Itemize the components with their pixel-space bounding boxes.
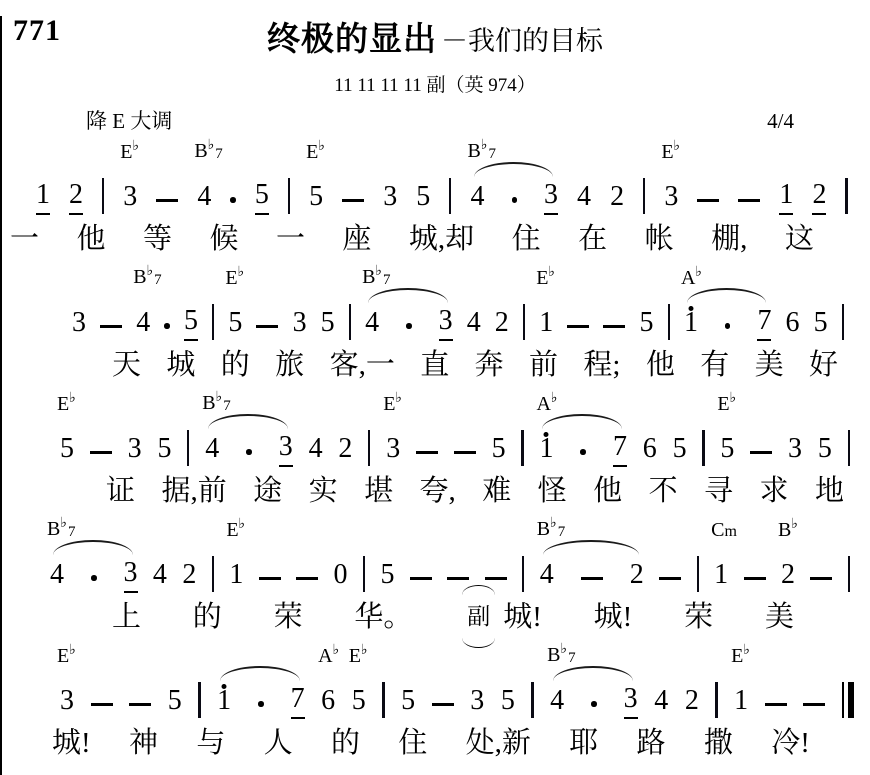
duration-dash bbox=[567, 325, 589, 328]
lyric-text: 候 bbox=[209, 223, 238, 255]
note-digit: 6 bbox=[786, 309, 800, 341]
lyric-text: 求 bbox=[759, 475, 788, 507]
lyric-text: 住 bbox=[398, 727, 427, 759]
note: 4B♭7 bbox=[205, 425, 219, 467]
note: 4B♭7 bbox=[550, 677, 564, 719]
slur-arc bbox=[53, 540, 133, 555]
barline bbox=[368, 430, 370, 466]
lyric-word: 程; bbox=[583, 341, 620, 389]
barline bbox=[187, 430, 189, 466]
lyric-text: 耶 bbox=[569, 727, 598, 759]
note-digit: 2 bbox=[338, 435, 352, 467]
slur-group: 4B♭73 bbox=[471, 173, 559, 215]
header: 771 终极的显出－我们的目标 11 11 11 11 副（英 974） 降 E… bbox=[0, 0, 870, 139]
lyric-text: 冷! bbox=[771, 727, 810, 759]
lyric-text: 住 bbox=[512, 223, 541, 255]
note: 4 bbox=[467, 299, 481, 341]
barline bbox=[102, 178, 104, 214]
duration-dash bbox=[485, 577, 507, 580]
note-digit: 5 bbox=[60, 435, 74, 467]
music-line: 4B♭73421E♭054B♭721Cm2B♭ bbox=[0, 517, 870, 593]
note-digit: 3 bbox=[470, 687, 484, 719]
lyric-text: 前 bbox=[529, 349, 558, 381]
note-digit: 5 bbox=[640, 309, 654, 341]
lyrics-line: 天城的旅客,一直奔前程;他有美好 bbox=[0, 341, 870, 391]
note: 3 bbox=[72, 299, 86, 341]
note: 3 bbox=[128, 425, 142, 467]
note: 5 bbox=[255, 173, 269, 215]
lyric-word: 荣 bbox=[274, 593, 303, 641]
duration-dash bbox=[697, 199, 719, 202]
chord-label: E♭ bbox=[306, 140, 325, 162]
note: 5 bbox=[157, 425, 171, 467]
lyric-word: 在 bbox=[578, 215, 607, 263]
note: 5 bbox=[818, 425, 832, 467]
duration-dash bbox=[581, 577, 603, 580]
note-digit: 4 bbox=[577, 183, 591, 215]
lyric-text: 证 bbox=[106, 475, 135, 507]
note: 5 bbox=[168, 677, 182, 719]
note: 4B♭7 bbox=[540, 551, 554, 593]
note-digit: 4 bbox=[153, 561, 167, 593]
note: 2 bbox=[630, 551, 644, 593]
note: 2 bbox=[812, 173, 826, 215]
system: 123E♭4B♭755E♭354B♭73423E♭12一他等候一座城,却住在帐棚… bbox=[0, 139, 870, 265]
lyric-word: 荣 bbox=[684, 593, 713, 641]
lyric-word: 堪 bbox=[364, 467, 393, 515]
note-digit: 1 bbox=[217, 687, 231, 719]
slur-arc bbox=[553, 666, 633, 681]
barline bbox=[212, 304, 214, 340]
lyric-word: 美 bbox=[755, 341, 784, 389]
lyric-text: 座 bbox=[342, 223, 371, 255]
slur-arc bbox=[208, 414, 288, 429]
note: 4B♭7 bbox=[365, 299, 379, 341]
system: 4B♭73421E♭054B♭721Cm2B♭上的荣华。副城!城!荣美 bbox=[0, 517, 870, 643]
note: 5E♭ bbox=[352, 677, 366, 719]
note-digit: 4 bbox=[471, 183, 485, 215]
note-digit: 0 bbox=[334, 561, 348, 593]
duration-dash bbox=[454, 451, 476, 454]
note-digit: 1 bbox=[229, 561, 243, 593]
lyric-word: 天 bbox=[112, 341, 141, 389]
lyric-word: 难 bbox=[482, 467, 511, 515]
lyric-word: 座 bbox=[342, 215, 371, 263]
note: 1Cm bbox=[714, 551, 728, 593]
lyric-word: 城 bbox=[166, 341, 195, 389]
note-digit: 5 bbox=[492, 435, 506, 467]
note: 5 bbox=[814, 299, 828, 341]
lyric-word: 地 bbox=[815, 467, 844, 515]
note-digit: 3 bbox=[60, 687, 74, 719]
duration-dash bbox=[259, 577, 281, 580]
lyric-word: 美 bbox=[765, 593, 794, 641]
slur-arc bbox=[543, 540, 639, 555]
note-digit: 5 bbox=[673, 435, 687, 467]
lyric-word: 城,却 bbox=[409, 215, 474, 263]
slur-group: 4B♭73 bbox=[50, 551, 138, 593]
slur-group: 4B♭72 bbox=[540, 551, 644, 593]
lyric-word: 神 bbox=[129, 719, 158, 767]
lyric-text: 程; bbox=[583, 349, 620, 381]
lyric-text: 在 bbox=[578, 223, 607, 255]
lyric-text: 据,前 bbox=[161, 475, 226, 507]
chord-label: Cm bbox=[711, 520, 737, 540]
chord-label: E♭ bbox=[225, 266, 244, 288]
note-digit: 7 bbox=[291, 685, 305, 719]
duration-dash bbox=[738, 199, 760, 202]
note: 3 bbox=[439, 299, 453, 341]
note: 0 bbox=[334, 551, 348, 593]
barline bbox=[702, 430, 704, 466]
slur-arc bbox=[542, 414, 622, 429]
lyric-text: 地 bbox=[815, 475, 844, 507]
note-digit: 3 bbox=[544, 181, 558, 215]
systems: 123E♭4B♭755E♭354B♭73423E♭12一他等候一座城,却住在帐棚… bbox=[0, 139, 870, 769]
note-digit: 5 bbox=[228, 309, 242, 341]
lyric-text: 途 bbox=[253, 475, 282, 507]
lyric-word: 奔 bbox=[475, 341, 504, 389]
note-digit: 2 bbox=[630, 561, 644, 593]
key-signature: 降 E 大调 bbox=[86, 105, 172, 135]
duration-dash bbox=[432, 703, 454, 706]
note-digit: 3 bbox=[386, 435, 400, 467]
chord-label: A♭ bbox=[536, 392, 557, 414]
lyric-word: 据,前 bbox=[161, 467, 226, 515]
lyric-word: 冷! bbox=[771, 719, 810, 767]
lyric-text: 撒 bbox=[704, 727, 733, 759]
lyric-word: 前 bbox=[529, 341, 558, 389]
note: 4B♭7 bbox=[471, 173, 485, 215]
chord-label: B♭ bbox=[778, 518, 798, 540]
lyric-text: 寻 bbox=[704, 475, 733, 507]
duration-dash bbox=[810, 577, 832, 580]
refrain-mark: 副 bbox=[464, 593, 493, 641]
note-digit: 4 bbox=[654, 687, 668, 719]
note: 1 bbox=[217, 677, 231, 719]
note-digit: 5 bbox=[255, 181, 269, 215]
note: 2 bbox=[495, 299, 509, 341]
barline bbox=[668, 304, 670, 340]
lyric-text: 客,一 bbox=[330, 349, 395, 381]
lyric-text: 荣 bbox=[274, 601, 303, 633]
lyric-text: 美 bbox=[765, 601, 794, 633]
barline bbox=[845, 178, 847, 214]
duration-dash bbox=[447, 577, 469, 580]
barline bbox=[521, 430, 523, 466]
lyric-text: 上 bbox=[112, 601, 141, 633]
note-digit: 4 bbox=[540, 561, 554, 593]
note: 5E♭ bbox=[309, 173, 323, 215]
barline bbox=[212, 556, 214, 592]
lyrics-line: 城!神与人的住处,新耶路撒冷! bbox=[0, 719, 870, 769]
note-digit: 5 bbox=[501, 687, 515, 719]
augmentation-dot bbox=[230, 197, 236, 203]
barline bbox=[697, 556, 699, 592]
chord-label: B♭7 bbox=[537, 517, 565, 540]
lyric-text: 城,却 bbox=[409, 223, 474, 255]
note-digit: 3 bbox=[383, 183, 397, 215]
chord-label: E♭ bbox=[226, 518, 245, 540]
barline bbox=[349, 304, 351, 340]
lyric-word: 与 bbox=[196, 719, 225, 767]
augmentation-dot bbox=[258, 701, 264, 707]
music-line: 5E♭354B♭73423E♭51A♭7655E♭35 bbox=[0, 391, 870, 467]
lyric-text: 等 bbox=[143, 223, 172, 255]
note-digit: 7 bbox=[757, 307, 771, 341]
note-digit: 5 bbox=[321, 309, 335, 341]
system: 5E♭354B♭73423E♭51A♭7655E♭35证据,前途实堪夸,难怪他不… bbox=[0, 391, 870, 517]
lyric-word: 处,新 bbox=[466, 719, 531, 767]
slur-group: 4B♭73 bbox=[550, 677, 638, 719]
note: 3E♭ bbox=[664, 173, 678, 215]
slur-group: 17 bbox=[217, 677, 305, 719]
lyric-text: 处,新 bbox=[466, 727, 531, 759]
lyric-text: 有 bbox=[700, 349, 729, 381]
chord-label: B♭7 bbox=[202, 391, 230, 414]
lyric-text: 这 bbox=[785, 223, 814, 255]
note: 3E♭ bbox=[386, 425, 400, 467]
barline bbox=[848, 430, 850, 466]
hymn-number: 771 bbox=[13, 14, 61, 48]
chord-label: B♭7 bbox=[47, 517, 75, 540]
chord-label: E♭ bbox=[717, 392, 736, 414]
note: 3 bbox=[279, 425, 293, 467]
barline bbox=[363, 556, 365, 592]
high-octave-dot bbox=[544, 432, 549, 437]
note: 3 bbox=[470, 677, 484, 719]
note: 5 bbox=[492, 425, 506, 467]
lyric-text: 的 bbox=[221, 349, 250, 381]
slur-arc bbox=[220, 666, 300, 681]
barline bbox=[198, 682, 200, 718]
note: 5 bbox=[401, 677, 415, 719]
note: 6A♭ bbox=[321, 677, 335, 719]
lyric-word: 他 bbox=[593, 467, 622, 515]
lyric-text: 的 bbox=[331, 727, 360, 759]
note-digit: 2 bbox=[781, 561, 795, 593]
note: 7 bbox=[291, 677, 305, 719]
chord-label: B♭7 bbox=[133, 265, 161, 288]
note-digit: 2 bbox=[69, 181, 83, 215]
lyric-text: 城! bbox=[52, 727, 91, 759]
lyric-word: 候 bbox=[209, 215, 238, 263]
note: 2 bbox=[338, 425, 352, 467]
duration-dash bbox=[750, 451, 772, 454]
lyric-word: 好 bbox=[809, 341, 838, 389]
lyric-word: 一 bbox=[276, 215, 305, 263]
note-digit: 1 bbox=[539, 309, 553, 341]
lyric-word: 怪 bbox=[538, 467, 567, 515]
verse-number: 一 bbox=[10, 215, 39, 263]
final-barline bbox=[842, 682, 854, 718]
duration-dash bbox=[410, 577, 432, 580]
time-signature: 4/4 bbox=[767, 109, 794, 134]
lyric-text: 与 bbox=[196, 727, 225, 759]
note-digit: 4 bbox=[205, 435, 219, 467]
note: 5 bbox=[184, 299, 198, 341]
note: 5E♭ bbox=[228, 299, 242, 341]
note: 3 bbox=[788, 425, 802, 467]
note-digit: 2 bbox=[812, 181, 826, 215]
note-digit: 4 bbox=[467, 309, 481, 341]
lyric-word: 上 bbox=[112, 593, 141, 641]
music-line: 3E♭5176A♭5E♭5354B♭73421E♭ bbox=[0, 643, 870, 719]
barline bbox=[848, 556, 850, 592]
high-octave-dot bbox=[222, 684, 227, 689]
lyric-word: 寻 bbox=[704, 467, 733, 515]
duration-dash bbox=[342, 199, 364, 202]
system: 34B♭755E♭354B♭73421E♭51A♭765天城的旅客,一直奔前程;… bbox=[0, 265, 870, 391]
note-digit: 1 bbox=[734, 687, 748, 719]
lyric-text: 的 bbox=[193, 601, 222, 633]
lyric-word: 不 bbox=[649, 467, 678, 515]
chord-label: E♭ bbox=[120, 140, 139, 162]
note-digit: 1 bbox=[714, 561, 728, 593]
note: 4 bbox=[309, 425, 323, 467]
note: 7 bbox=[757, 299, 771, 341]
lyric-word: 直 bbox=[420, 341, 449, 389]
lyric-word: 副城! bbox=[464, 593, 542, 641]
chord-label: B♭7 bbox=[547, 643, 575, 666]
key-row: 降 E 大调 4/4 bbox=[0, 97, 870, 139]
lyric-text: 奔 bbox=[475, 349, 504, 381]
lyric-word: 有 bbox=[700, 341, 729, 389]
note: 5 bbox=[673, 425, 687, 467]
augmentation-dot bbox=[164, 323, 170, 329]
lyric-text: 实 bbox=[309, 475, 338, 507]
lyric-text: 帐 bbox=[645, 223, 674, 255]
duration-dash bbox=[256, 325, 278, 328]
lyric-text: 城! bbox=[503, 601, 542, 633]
note-digit: 3 bbox=[439, 307, 453, 341]
note-digit: 5 bbox=[814, 309, 828, 341]
lyric-text: 棚, bbox=[711, 223, 747, 255]
lyric-word: 夸, bbox=[420, 467, 456, 515]
lyrics-line: 上的荣华。副城!城!荣美 bbox=[0, 593, 870, 643]
augmentation-dot bbox=[512, 197, 518, 203]
note: 2B♭ bbox=[781, 551, 795, 593]
note-digit: 5 bbox=[157, 435, 171, 467]
barline bbox=[522, 556, 524, 592]
lyric-text: 好 bbox=[809, 349, 838, 381]
lyric-word: 人 bbox=[264, 719, 293, 767]
duration-dash bbox=[803, 703, 825, 706]
note: 5 bbox=[416, 173, 430, 215]
lyric-text: 美 bbox=[755, 349, 784, 381]
note-digit: 3 bbox=[293, 309, 307, 341]
lyric-text: 城! bbox=[594, 601, 633, 633]
note: 4 bbox=[654, 677, 668, 719]
barline bbox=[288, 178, 290, 214]
lyric-word: 客,一 bbox=[330, 341, 395, 389]
note: 6 bbox=[643, 425, 657, 467]
duration-dash bbox=[659, 577, 681, 580]
lyric-word: 这 bbox=[785, 215, 814, 263]
note: 5 bbox=[640, 299, 654, 341]
duration-dash bbox=[765, 703, 787, 706]
note-digit: 5 bbox=[818, 435, 832, 467]
lyric-word: 旅 bbox=[275, 341, 304, 389]
title-row: 终极的显出－我们的目标 bbox=[0, 20, 870, 58]
slur-group: 1A♭7 bbox=[539, 425, 627, 467]
note: 1E♭ bbox=[229, 551, 243, 593]
augmentation-dot bbox=[246, 449, 252, 455]
lyric-word: 棚, bbox=[711, 215, 747, 263]
barline bbox=[523, 304, 525, 340]
duration-dash bbox=[90, 451, 112, 454]
note-digit: 1 bbox=[684, 309, 698, 341]
lyric-word: 华。 bbox=[354, 593, 412, 641]
note-digit: 3 bbox=[124, 559, 138, 593]
note-digit: 2 bbox=[685, 687, 699, 719]
chord-label: B♭7 bbox=[194, 139, 222, 162]
note-digit: 1 bbox=[779, 181, 793, 215]
note: 4B♭7 bbox=[136, 299, 150, 341]
music-line: 34B♭755E♭354B♭73421E♭51A♭765 bbox=[0, 265, 870, 341]
note-digit: 5 bbox=[184, 307, 198, 341]
duration-dash bbox=[416, 451, 438, 454]
note-digit: 3 bbox=[788, 435, 802, 467]
lyric-word: 城! bbox=[594, 593, 633, 641]
lyric-text: 华。 bbox=[354, 601, 412, 633]
lyric-text: 堪 bbox=[364, 475, 393, 507]
note: 3 bbox=[383, 173, 397, 215]
chord-label: B♭7 bbox=[468, 139, 496, 162]
barline bbox=[715, 682, 717, 718]
lyric-word: 途 bbox=[253, 467, 282, 515]
note: 4 bbox=[153, 551, 167, 593]
lyric-word: 求 bbox=[759, 467, 788, 515]
duration-dash bbox=[129, 703, 151, 706]
slur-arc bbox=[687, 288, 767, 303]
lyric-word: 的 bbox=[331, 719, 360, 767]
note: 3E♭ bbox=[123, 173, 137, 215]
note-digit: 2 bbox=[610, 183, 624, 215]
note: 7 bbox=[613, 425, 627, 467]
duration-dash bbox=[603, 325, 625, 328]
page-title-suffix: －我们的目标 bbox=[441, 26, 603, 57]
note-digit: 6 bbox=[321, 687, 335, 719]
lyric-word: 他 bbox=[76, 215, 105, 263]
augmentation-dot bbox=[580, 449, 586, 455]
barline bbox=[643, 178, 645, 214]
augmentation-dot bbox=[406, 323, 412, 329]
lyric-text: 夸, bbox=[420, 475, 456, 507]
note: 1 bbox=[36, 173, 50, 215]
note: 1E♭ bbox=[539, 299, 553, 341]
slur-arc bbox=[474, 162, 554, 177]
note: 2 bbox=[182, 551, 196, 593]
page-title: 终极的显出 bbox=[267, 19, 437, 58]
lyric-text: 人 bbox=[264, 727, 293, 759]
chord-label: E♭ bbox=[57, 644, 76, 666]
note-digit: 5 bbox=[352, 687, 366, 719]
lyric-word: 耶 bbox=[569, 719, 598, 767]
note: 5E♭ bbox=[720, 425, 734, 467]
note-digit: 2 bbox=[182, 561, 196, 593]
note: 1 bbox=[779, 173, 793, 215]
lyric-word: 帐 bbox=[645, 215, 674, 263]
note-digit: 7 bbox=[613, 433, 627, 467]
note: 5 bbox=[321, 299, 335, 341]
chord-label: E♭ bbox=[536, 266, 555, 288]
duration-dash bbox=[296, 577, 318, 580]
note-digit: 5 bbox=[309, 183, 323, 215]
note-digit: 3 bbox=[664, 183, 678, 215]
lyric-text: 神 bbox=[129, 727, 158, 759]
duration-dash bbox=[156, 199, 178, 202]
